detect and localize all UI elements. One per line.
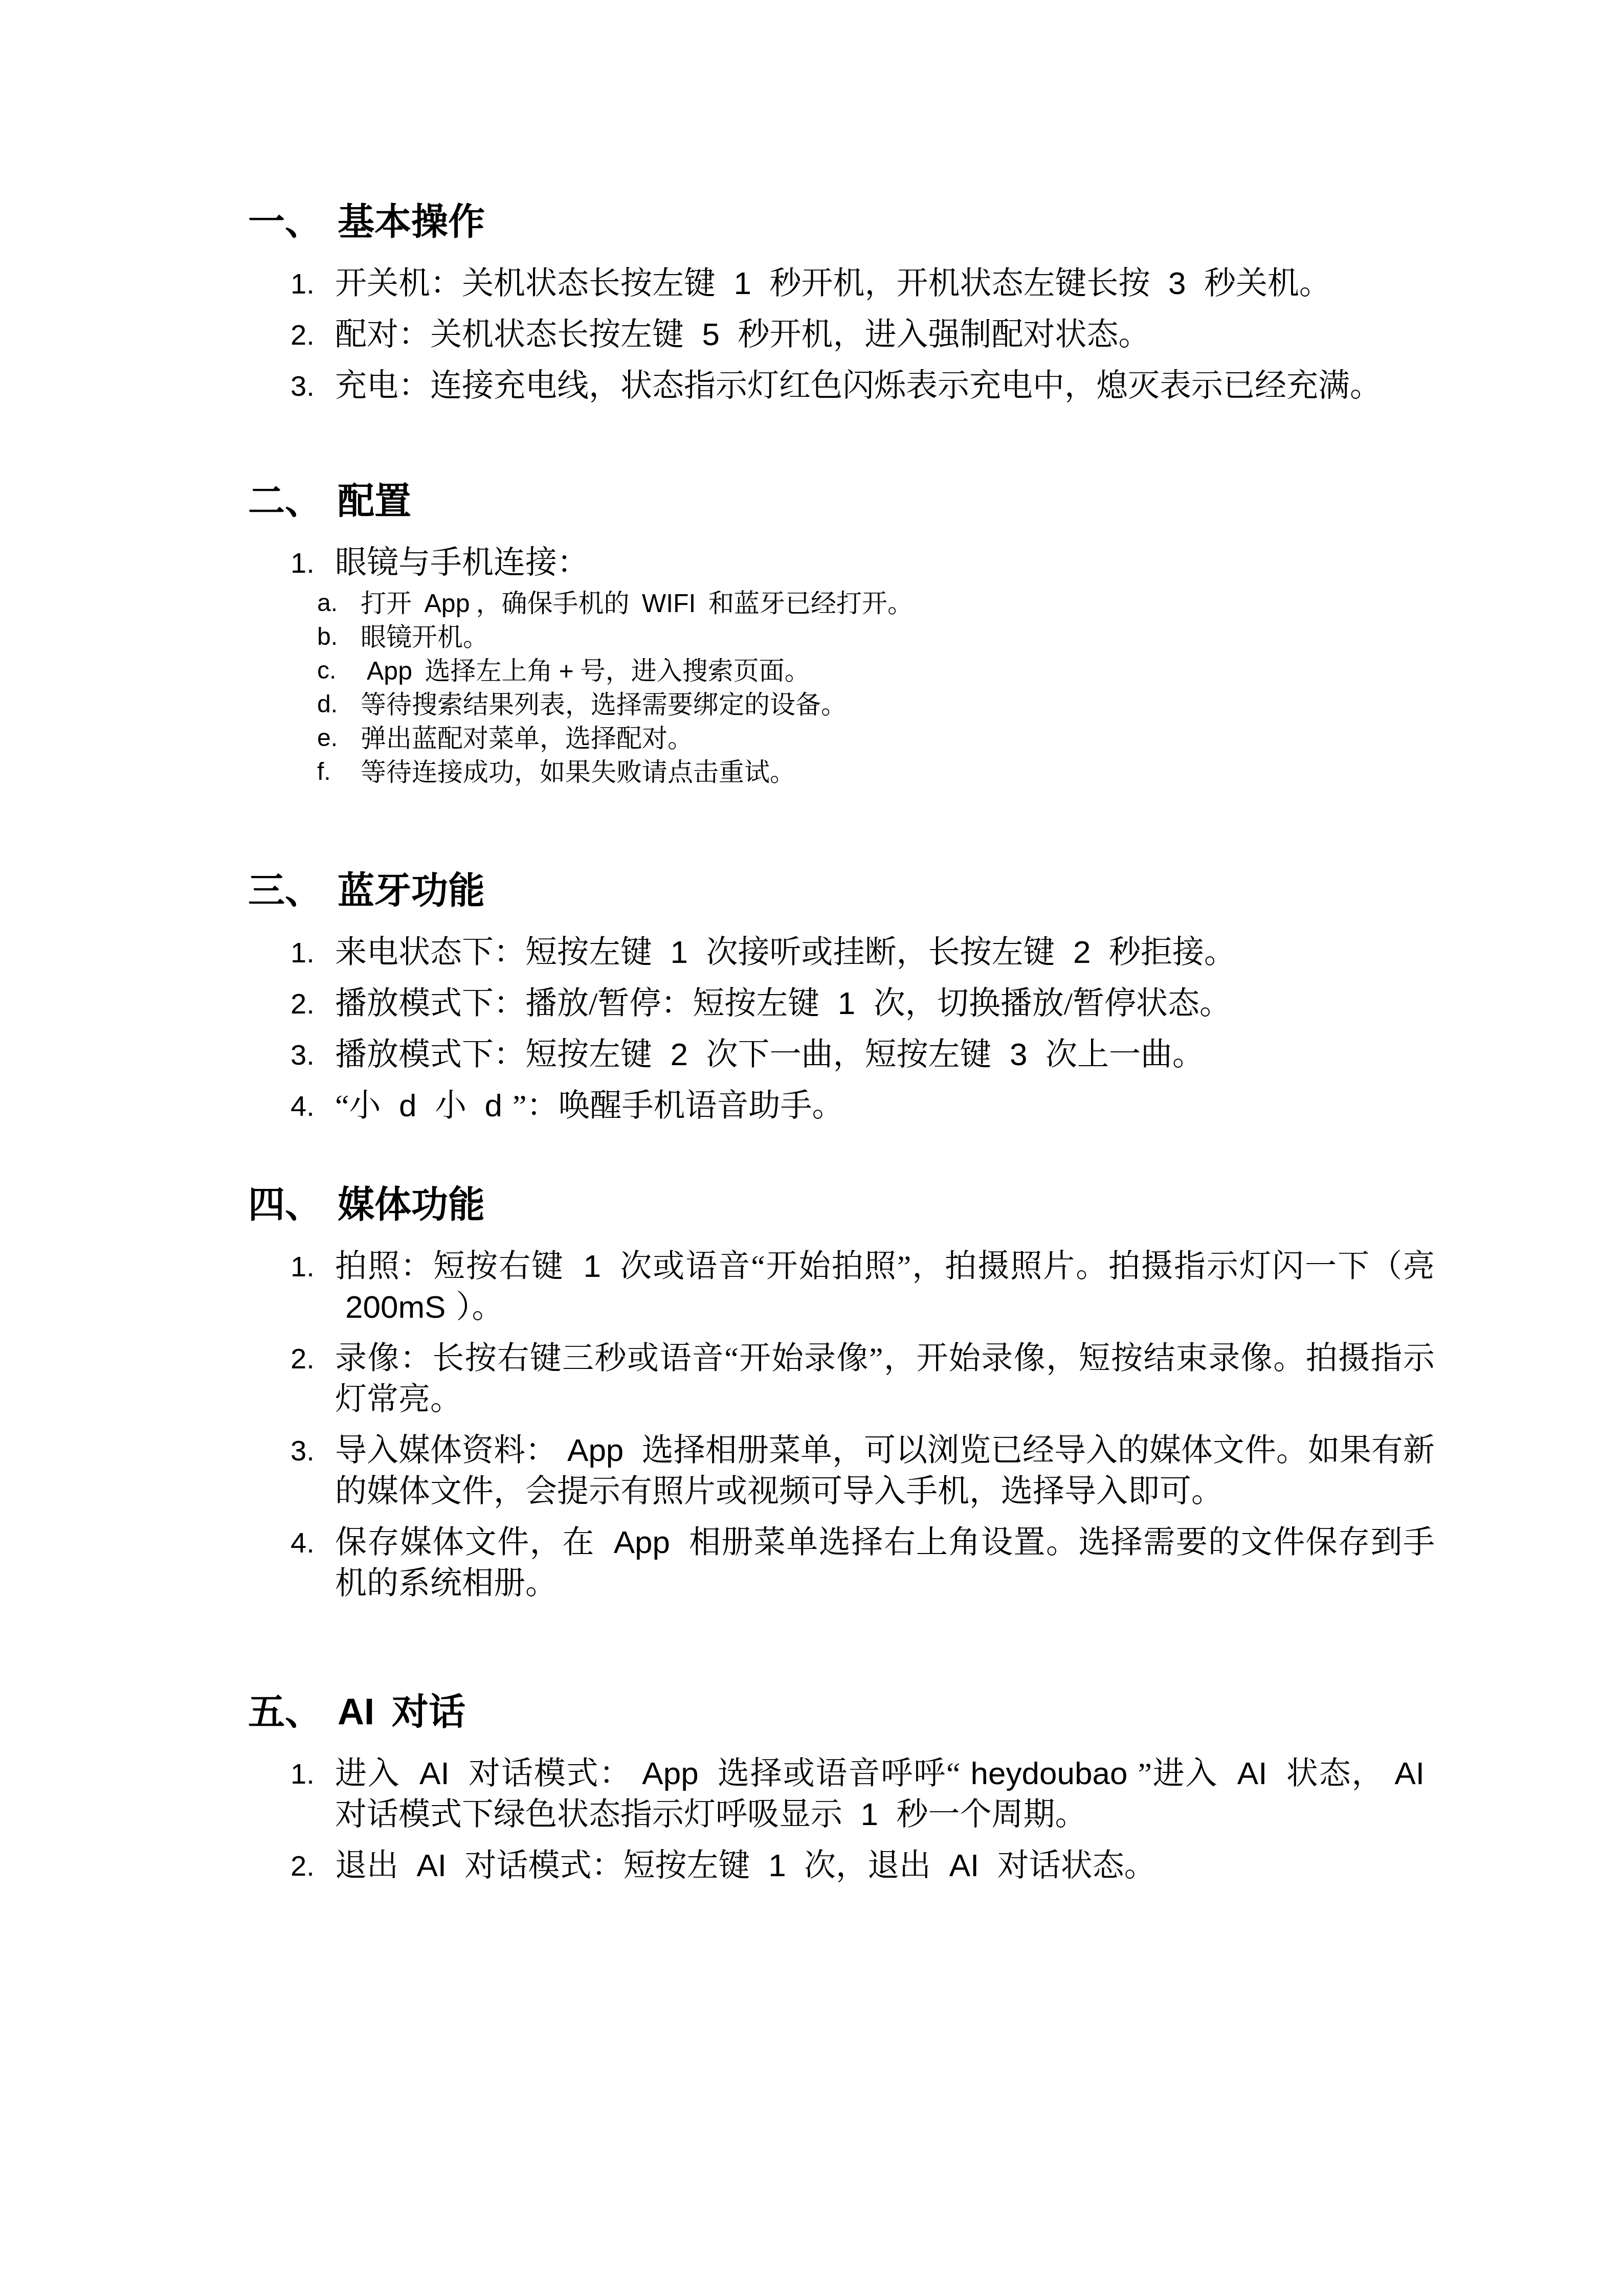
sub-item-text: 等待搜索结果列表，选择需要绑定的设备。 xyxy=(361,688,847,722)
item-text: 配对：关机状态长按左键 5 秒开机，进入强制配对状态。 xyxy=(335,314,1435,355)
item-text: 播放模式下：短按左键 2 次下一曲，短按左键 3 次上一曲。 xyxy=(335,1034,1435,1075)
section-heading: 二、 配置 xyxy=(0,482,1624,520)
list-item: 4. “小 d 小 d”：唤醒手机语音助手。 xyxy=(0,1086,1624,1127)
section-title: 蓝牙功能 xyxy=(338,872,485,910)
section-number: 一、 xyxy=(248,203,338,241)
item-marker: 2. xyxy=(291,314,335,355)
section-heading: 三、 蓝牙功能 xyxy=(0,872,1624,910)
item-text: 保存媒体文件，在 App 相册菜单选择右上角设置。选择需要的文件保存到手机的系统… xyxy=(335,1522,1435,1604)
list-item: 2. 配对：关机状态长按左键 5 秒开机，进入强制配对状态。 xyxy=(0,314,1624,355)
section-title: 配置 xyxy=(338,482,411,520)
sub-item-marker: a. xyxy=(317,587,361,620)
item-marker: 1. xyxy=(291,263,335,304)
item-list: 1. 来电状态下：短按左键 1 次接听或挂断，长按左键 2 秒拒接。 2. 播放… xyxy=(0,932,1624,1127)
item-text: 拍照：短按右键 1 次或语音“开始拍照”，拍摄照片。拍摄指示灯闪一下（亮 200… xyxy=(335,1246,1435,1328)
sub-item-text: 等待连接成功，如果失败请点击重试。 xyxy=(361,755,795,789)
section-heading: 四、 媒体功能 xyxy=(0,1186,1624,1224)
section-media-functions: 四、 媒体功能 1. 拍照：短按右键 1 次或语音“开始拍照”，拍摄照片。拍摄指… xyxy=(0,1186,1624,1614)
section-bluetooth-functions: 三、 蓝牙功能 1. 来电状态下：短按左键 1 次接听或挂断，长按左键 2 秒拒… xyxy=(0,872,1624,1137)
list-item: 4. 保存媒体文件，在 App 相册菜单选择右上角设置。选择需要的文件保存到手机… xyxy=(0,1522,1624,1604)
list-item: 1. 来电状态下：短按左键 1 次接听或挂断，长按左键 2 秒拒接。 xyxy=(0,932,1624,973)
item-marker: 3. xyxy=(291,1430,335,1512)
item-text: 进入 AI 对话模式：App 选择或语音呼呼“heydoubao”进入 AI 状… xyxy=(335,1753,1435,1835)
sub-item-marker: f. xyxy=(317,755,361,789)
item-marker: 1. xyxy=(291,1753,335,1835)
item-marker: 2. xyxy=(291,983,335,1024)
list-item: 1. 进入 AI 对话模式：App 选择或语音呼呼“heydoubao”进入 A… xyxy=(0,1753,1624,1835)
sub-list-item: f. 等待连接成功，如果失败请点击重试。 xyxy=(317,755,1435,789)
item-text-line: 眼镜与手机连接： xyxy=(335,546,589,580)
sub-list-item: e. 弹出蓝配对菜单，选择配对。 xyxy=(317,722,1435,755)
item-text: 充电：连接充电线，状态指示灯红色闪烁表示充电中，熄灭表示已经充满。 xyxy=(335,366,1435,407)
item-marker: 1. xyxy=(291,932,335,973)
item-text: “小 d 小 d”：唤醒手机语音助手。 xyxy=(335,1086,1435,1127)
sub-item-text: 打开 App，确保手机的 WIFI 和蓝牙已经打开。 xyxy=(361,587,913,620)
sub-item-text: 弹出蓝配对菜单，选择配对。 xyxy=(361,722,693,755)
item-text: 眼镜与手机连接： a. 打开 App，确保手机的 WIFI 和蓝牙已经打开。 b… xyxy=(335,543,1435,789)
list-item: 1. 开关机：关机状态长按左键 1 秒开机，开机状态左键长按 3 秒关机。 xyxy=(0,263,1624,304)
sub-list-item: b. 眼镜开机。 xyxy=(317,620,1435,654)
sub-list-item: d. 等待搜索结果列表，选择需要绑定的设备。 xyxy=(317,688,1435,722)
sub-item-marker: d. xyxy=(317,688,361,722)
section-title: AI 对话 xyxy=(338,1693,465,1731)
item-text: 录像：长按右键三秒或语音“开始录像”，开始录像，短按结束录像。拍摄指示灯常亮。 xyxy=(335,1338,1435,1420)
item-list: 1. 拍照：短按右键 1 次或语音“开始拍照”，拍摄照片。拍摄指示灯闪一下（亮 … xyxy=(0,1246,1624,1604)
item-marker: 1. xyxy=(291,1246,335,1328)
item-marker: 2. xyxy=(291,1338,335,1420)
list-item: 1. 眼镜与手机连接： a. 打开 App，确保手机的 WIFI 和蓝牙已经打开… xyxy=(0,543,1624,789)
item-text: 导入媒体资料：App 选择相册菜单，可以浏览已经导入的媒体文件。如果有新的媒体文… xyxy=(335,1430,1435,1512)
item-list: 1. 眼镜与手机连接： a. 打开 App，确保手机的 WIFI 和蓝牙已经打开… xyxy=(0,543,1624,789)
sub-item-marker: c. xyxy=(317,654,361,688)
sub-item-marker: e. xyxy=(317,722,361,755)
section-number: 四、 xyxy=(248,1186,338,1224)
list-item: 2. 播放模式下：播放/暂停：短按左键 1 次，切换播放/暂停状态。 xyxy=(0,983,1624,1024)
sub-item-text: App 选择左上角+号，进入搜索页面。 xyxy=(361,654,810,688)
list-item: 3. 充电：连接充电线，状态指示灯红色闪烁表示充电中，熄灭表示已经充满。 xyxy=(0,366,1624,407)
sub-list-item: a. 打开 App，确保手机的 WIFI 和蓝牙已经打开。 xyxy=(317,587,1435,620)
section-heading: 五、 AI 对话 xyxy=(0,1693,1624,1731)
item-marker: 3. xyxy=(291,1034,335,1075)
item-marker: 4. xyxy=(291,1086,335,1127)
list-item: 2. 录像：长按右键三秒或语音“开始录像”，开始录像，短按结束录像。拍摄指示灯常… xyxy=(0,1338,1624,1420)
list-item: 2. 退出 AI 对话模式：短按左键 1 次，退出 AI 对话状态。 xyxy=(0,1845,1624,1886)
section-configuration: 二、 配置 1. 眼镜与手机连接： a. 打开 App，确保手机的 WIFI 和… xyxy=(0,482,1624,799)
section-heading: 一、 基本操作 xyxy=(0,203,1624,241)
item-text: 开关机：关机状态长按左键 1 秒开机，开机状态左键长按 3 秒关机。 xyxy=(335,263,1435,304)
section-number: 二、 xyxy=(248,482,338,520)
sub-item-list: a. 打开 App，确保手机的 WIFI 和蓝牙已经打开。 b. 眼镜开机。 c… xyxy=(317,587,1435,789)
section-title: 媒体功能 xyxy=(338,1186,485,1224)
section-ai-dialogue: 五、 AI 对话 1. 进入 AI 对话模式：App 选择或语音呼呼“heydo… xyxy=(0,1693,1624,1897)
list-item: 3. 导入媒体资料：App 选择相册菜单，可以浏览已经导入的媒体文件。如果有新的… xyxy=(0,1430,1624,1512)
document-page: 一、 基本操作 1. 开关机：关机状态长按左键 1 秒开机，开机状态左键长按 3… xyxy=(0,0,1624,2296)
item-list: 1. 开关机：关机状态长按左键 1 秒开机，开机状态左键长按 3 秒关机。 2.… xyxy=(0,263,1624,407)
item-list: 1. 进入 AI 对话模式：App 选择或语音呼呼“heydoubao”进入 A… xyxy=(0,1753,1624,1886)
list-item: 1. 拍照：短按右键 1 次或语音“开始拍照”，拍摄照片。拍摄指示灯闪一下（亮 … xyxy=(0,1246,1624,1328)
section-number: 五、 xyxy=(248,1693,338,1731)
item-marker: 3. xyxy=(291,366,335,407)
item-marker: 2. xyxy=(291,1845,335,1886)
item-text: 播放模式下：播放/暂停：短按左键 1 次，切换播放/暂停状态。 xyxy=(335,983,1435,1024)
sub-list-item: c. App 选择左上角+号，进入搜索页面。 xyxy=(317,654,1435,688)
item-text: 退出 AI 对话模式：短按左键 1 次，退出 AI 对话状态。 xyxy=(335,1845,1435,1886)
section-basic-operations: 一、 基本操作 1. 开关机：关机状态长按左键 1 秒开机，开机状态左键长按 3… xyxy=(0,203,1624,417)
list-item: 3. 播放模式下：短按左键 2 次下一曲，短按左键 3 次上一曲。 xyxy=(0,1034,1624,1075)
section-number: 三、 xyxy=(248,872,338,910)
section-title: 基本操作 xyxy=(338,203,485,241)
sub-item-marker: b. xyxy=(317,620,361,654)
sub-item-text: 眼镜开机。 xyxy=(361,620,488,654)
item-marker: 4. xyxy=(291,1522,335,1604)
item-text: 来电状态下：短按左键 1 次接听或挂断，长按左键 2 秒拒接。 xyxy=(335,932,1435,973)
